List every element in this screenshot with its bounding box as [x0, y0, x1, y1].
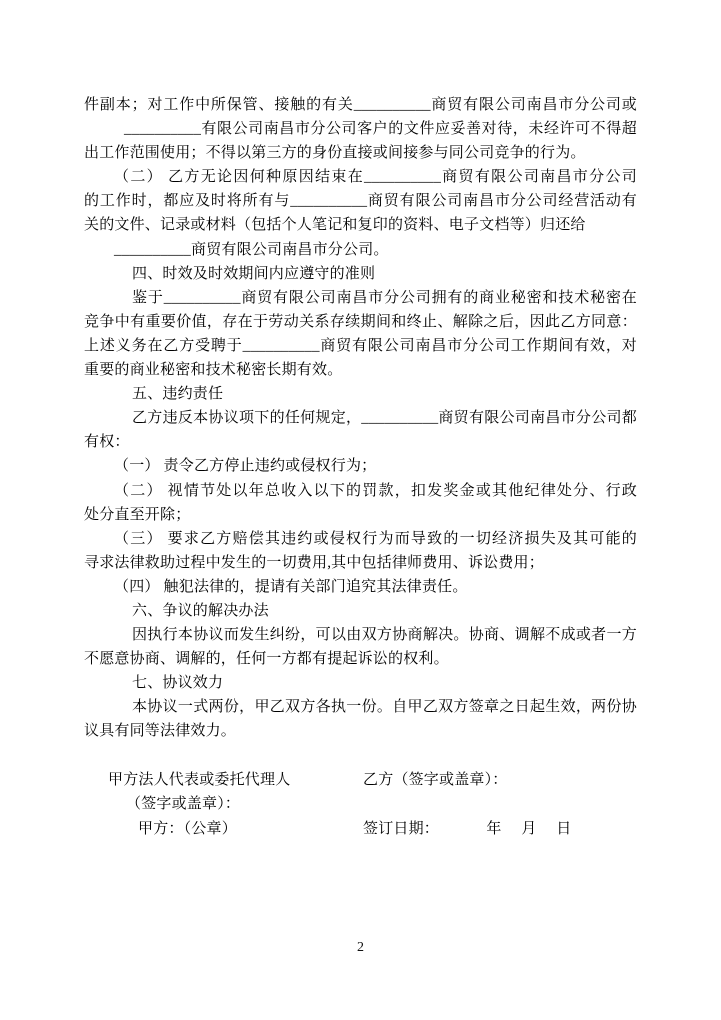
signature-left-text: 甲方法人代表或委托代理人 [84, 768, 637, 793]
document-line: 竞争中有重要价值，存在于劳动关系存续期间和终止、解除之后，因此乙方同意： [84, 310, 637, 334]
document-line: __________商贸有限公司南昌市分公司。 [84, 238, 637, 262]
document-line: 寻求法律救助过程中发生的一切费用,其中包括律师费用、诉讼费用； [84, 551, 637, 575]
document-body: 件副本；对工作中所保管、接触的有关__________商贸有限公司南昌市分公司或… [84, 93, 637, 841]
signature-right-text: 签订日期： 年 月 日 [363, 817, 572, 842]
document-line: 四、时效及时效期间内应遵守的准则 [84, 262, 637, 286]
document-line: 议具有同等法律效力。 [84, 719, 637, 743]
document-line: __________有限公司南昌市分公司客户的文件应妥善对待，未经许可不得超 [84, 117, 637, 141]
document-line: （二） 乙方无论因何种原因结束在__________商贸有限公司南昌市分公司 [84, 165, 637, 189]
document-line: 关的文件、记录或材料（包括个人笔记和复印的资料、电子文档等）归还给 [84, 213, 637, 237]
document-line: 鉴于__________商贸有限公司南昌市分公司拥有的商业秘密和技术秘密在 [84, 286, 637, 310]
document-line [84, 744, 637, 768]
document-line: 的工作时，都应及时将所有与__________商贸有限公司南昌市分公司经营活动有 [84, 189, 637, 213]
document-line: （二） 视情节处以年总收入以下的罚款，扣发奖金或其他纪律处分、行政 [84, 479, 637, 503]
document-line: 五、违约责任 [84, 382, 637, 406]
document-line: 本协议一式两份，甲乙双方各执一份。自甲乙双方签章之日起生效，两份协 [84, 695, 637, 719]
signature-right-text: 乙方（签字或盖章）： [363, 768, 508, 793]
document-line: 六、争议的解决办法 [84, 599, 637, 623]
document-page: 件副本；对工作中所保管、接触的有关__________商贸有限公司南昌市分公司或… [0, 0, 721, 1020]
document-line: （一） 责令乙方停止违约或侵权行为； [84, 454, 637, 478]
document-line: （四） 触犯法律的，提请有关部门追究其法律责任。 [84, 575, 637, 599]
document-line: 乙方违反本协议项下的任何规定，__________商贸有限公司南昌市分公司都 [84, 406, 637, 430]
document-line: 处分直至开除； [84, 503, 637, 527]
document-line: 重要的商业秘密和技术秘密长期有效。 [84, 358, 637, 382]
signature-row: 甲方法人代表或委托代理人乙方（签字或盖章）： [84, 768, 637, 793]
page-number: 2 [0, 939, 721, 957]
document-line: 上述义务在乙方受聘于__________商贸有限公司南昌市分公司工作期间有效，对 [84, 334, 637, 358]
signature-left-text: （签字或盖章）： [84, 792, 637, 817]
signature-row: 甲方：（公章）签订日期： 年 月 日 [84, 817, 637, 842]
signature-row: （签字或盖章）： [84, 792, 637, 817]
document-line: 不愿意协商、调解的，任何一方都有提起诉讼的权利。 [84, 647, 637, 671]
document-line: 七、协议效力 [84, 671, 637, 695]
document-line: （三） 要求乙方赔偿其违约或侵权行为而导致的一切经济损失及其可能的 [84, 527, 637, 551]
document-line: 因执行本协议而发生纠纷，可以由双方协商解决。协商、调解不成或者一方 [84, 623, 637, 647]
document-line: 件副本；对工作中所保管、接触的有关__________商贸有限公司南昌市分公司或 [84, 93, 637, 117]
document-line: 出工作范围使用；不得以第三方的身份直接或间接参与同公司竞争的行为。 [84, 141, 637, 165]
document-line: 有权： [84, 430, 637, 454]
